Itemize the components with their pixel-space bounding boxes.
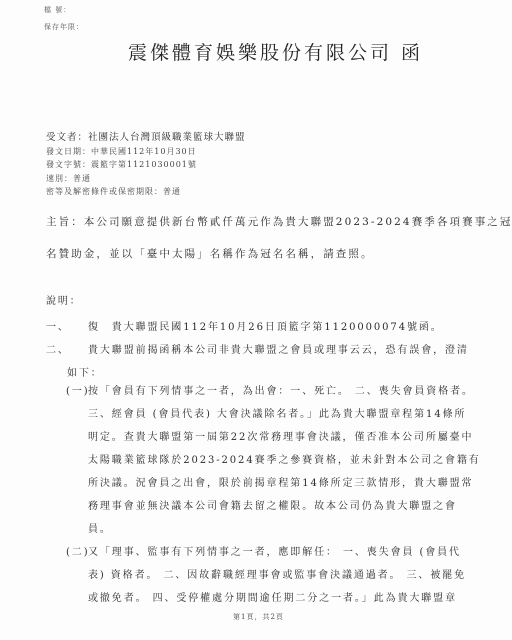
sub-item-1-line: 員。 — [88, 520, 112, 535]
sub-item-2-number: (二) — [66, 543, 90, 558]
delivery-speed: 速別：普通 — [46, 173, 91, 184]
sub-item-1-line: 務理事會並無決議本公司會籍去留之權限。故本公司仍為貴大聯盟之會 — [88, 497, 457, 512]
item-1-number: 一、 — [46, 318, 70, 333]
item-2-line-1: 貴大聯盟前揭函稱本公司非貴大聯盟之會員或理事云云，恐有誤會，澄清 — [88, 341, 469, 356]
retention-period-label: 保存年限： — [44, 22, 84, 32]
subject-line-2: 名贊助金，並以「臺中太陽」名稱作為冠名名稱，請查照。 — [46, 246, 374, 261]
sub-item-2-line: 表) 資格者。 二、因故辭職經理事會或監事會決議通過者。 三、被罷免 — [88, 566, 466, 581]
document-number: 發文字號：震籃字第1121030001號 — [46, 159, 197, 170]
sub-item-2-line: 又「理事、監事有下列情事之一者，應即解任： 一、喪失會員 (會員代 — [88, 543, 461, 558]
sub-item-1-line: 所決議。況會員之出會，限於前揭章程第14條所定三款情形，貴大聯盟常 — [88, 474, 473, 489]
sub-item-1-line: 三、經會員 (會員代表) 大會決議除名者。」此為貴大聯盟章程第14條所 — [88, 405, 466, 420]
page-indicator: 第1頁，共2頁 — [233, 612, 284, 622]
subject-line-1: 主旨：本公司願意提供新台幣貳仟萬元作為貴大聯盟2023-2024賽季各項賽事之冠 — [46, 214, 512, 229]
letter-title: 震傑體育娛樂股份有限公司 函 — [128, 38, 423, 65]
explanation-label: 說明： — [46, 292, 82, 307]
document-page: 檔 號： 保存年限： 震傑體育娛樂股份有限公司 函 受文者：社團法人台灣頂級職業… — [0, 0, 512, 640]
item-2-number: 二、 — [46, 341, 70, 356]
sub-item-2-line: 或撤免者。 四、受停權處分期間逾任期二分之一者。」此為貴大聯盟章 — [88, 589, 457, 604]
file-number-label: 檔 號： — [44, 5, 71, 15]
sub-item-1-line: 太陽職業籃球隊於2023-2024賽季之參賽資格，並未針對本公司之會籍有 — [88, 451, 481, 466]
sub-item-1-number: (一) — [66, 382, 90, 397]
security-level: 密等及解密條件或保密期限：普通 — [46, 186, 181, 197]
sub-item-1-line: 明定。查貴大聯盟第一屆第22次常務理事會決議，僅否准本公司所屬臺中 — [88, 428, 473, 443]
item-1-text: 復 貴大聯盟民國112年10月26日頂籃字第1120000074號函。 — [88, 318, 443, 333]
item-2-line-2: 如下： — [67, 364, 103, 379]
sub-item-1-line: 按「會員有下列情事之一者，為出會：一、死亡。 二、喪失會員資格者。 — [88, 382, 474, 397]
issue-date: 發文日期：中華民國112年10月30日 — [46, 146, 197, 157]
recipient: 受文者：社團法人台灣頂級職業籃球大聯盟 — [46, 129, 246, 143]
